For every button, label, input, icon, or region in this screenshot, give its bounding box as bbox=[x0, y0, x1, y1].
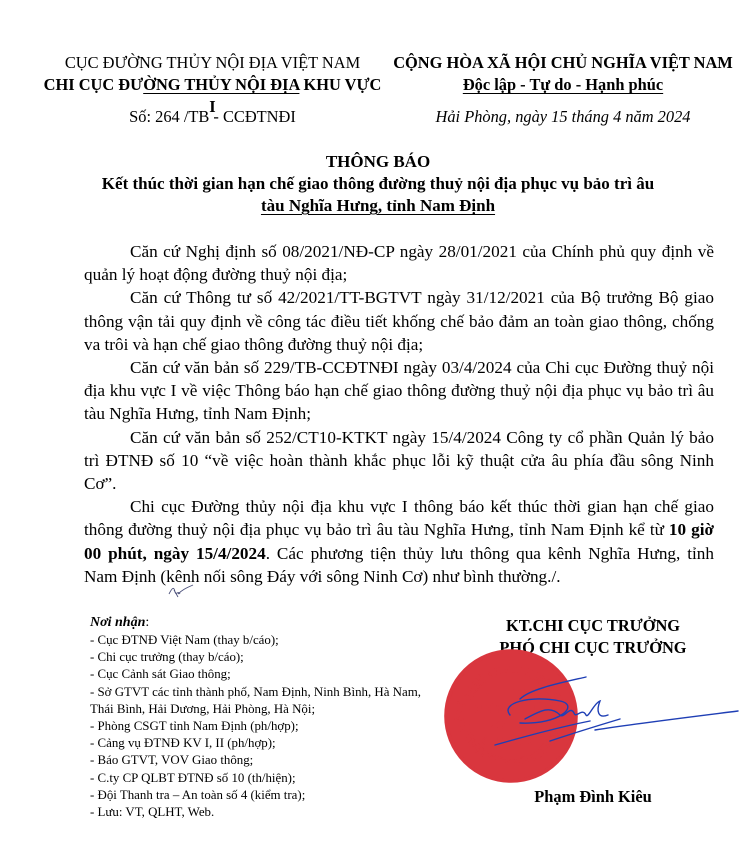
parent-agency: CỤC ĐƯỜNG THỦY NỘI ĐỊA VIỆT NAM bbox=[40, 52, 385, 74]
recipient-item: - Lưu: VT, QLHT, Web. bbox=[90, 804, 430, 821]
legal-basis-paragraph: Căn cứ văn bản số 252/CT10-KTKT ngày 15/… bbox=[84, 426, 714, 496]
document-body: Căn cứ Nghị định số 08/2021/NĐ-CP ngày 2… bbox=[84, 240, 714, 588]
document-number: Số: 264 /TB - CCĐTNĐI bbox=[40, 107, 385, 127]
announcement-paragraph: Chi cục Đường thủy nội địa khu vực I thô… bbox=[84, 495, 714, 588]
national-header-block: CỘNG HÒA XÃ HỘI CHỦ NGHĨA VIỆT NAM Độc l… bbox=[383, 52, 743, 96]
recipient-item: - Sở GTVT các tỉnh thành phố, Nam Định, … bbox=[84, 684, 430, 718]
legal-basis-paragraph: Căn cứ Nghị định số 08/2021/NĐ-CP ngày 2… bbox=[84, 240, 714, 286]
recipient-item: - Chi cục trưởng (thay b/cáo); bbox=[90, 649, 430, 666]
document-type-heading: THÔNG BÁO bbox=[0, 151, 756, 173]
document-subject-line-1: Kết thúc thời gian hạn chế giao thông đư… bbox=[0, 173, 756, 195]
announcement-text: Chi cục Đường thủy nội địa khu vực I thô… bbox=[84, 497, 714, 539]
recipient-item: - Phòng CSGT tỉnh Nam Định (ph/hợp); bbox=[90, 718, 430, 735]
recipients-heading: Nơi nhận bbox=[90, 615, 145, 630]
recipients-list: Nơi nhận: - Cục ĐTNĐ Việt Nam (thay b/cá… bbox=[90, 614, 430, 821]
recipient-item: - Cảng vụ ĐTNĐ KV I, II (ph/hợp); bbox=[90, 735, 430, 752]
legal-basis-paragraph: Căn cứ Thông tư số 42/2021/TT-BGTVT ngày… bbox=[84, 286, 714, 356]
issuing-agency-part: CHI CỤC ĐƯ bbox=[44, 75, 144, 94]
authority-line-1: KT.CHI CỤC TRƯỞNG bbox=[440, 615, 746, 637]
document-subject-line-2: tàu Nghĩa Hưng, tỉnh Nam Định bbox=[261, 196, 495, 215]
signer-name: Phạm Đình Kiêu bbox=[440, 787, 746, 807]
recipient-item: - Báo GTVT, VOV Giao thông; bbox=[90, 752, 430, 769]
svg-text:★: ★ bbox=[452, 712, 461, 723]
recipient-item: - Cục ĐTNĐ Việt Nam (thay b/cáo); bbox=[90, 632, 430, 649]
recipient-item: - Cục Cảnh sát Giao thông; bbox=[90, 666, 430, 683]
recipient-item: - C.ty CP QLBT ĐTNĐ số 10 (th/hiện); bbox=[90, 770, 430, 787]
recipients-heading-colon: : bbox=[145, 615, 149, 630]
national-motto: Độc lập - Tự do - Hạnh phúc bbox=[463, 75, 663, 94]
issuing-agency-underlined: ỜNG THỦY NỘI ĐỊA bbox=[143, 75, 299, 94]
legal-basis-paragraph: Căn cứ văn bản số 229/TB-CCĐTNĐI ngày 03… bbox=[84, 356, 714, 426]
nation-name: CỘNG HÒA XÃ HỘI CHỦ NGHĨA VIỆT NAM bbox=[383, 52, 743, 74]
recipient-item: - Đội Thanh tra – An toàn số 4 (kiểm tra… bbox=[90, 787, 430, 804]
document-title-block: THÔNG BÁO Kết thúc thời gian hạn chế gia… bbox=[0, 151, 756, 217]
handwritten-signature-icon bbox=[490, 675, 740, 755]
place-and-date: Hải Phòng, ngày 15 tháng 4 năm 2024 bbox=[383, 107, 743, 127]
initials-mark-icon bbox=[166, 582, 196, 600]
